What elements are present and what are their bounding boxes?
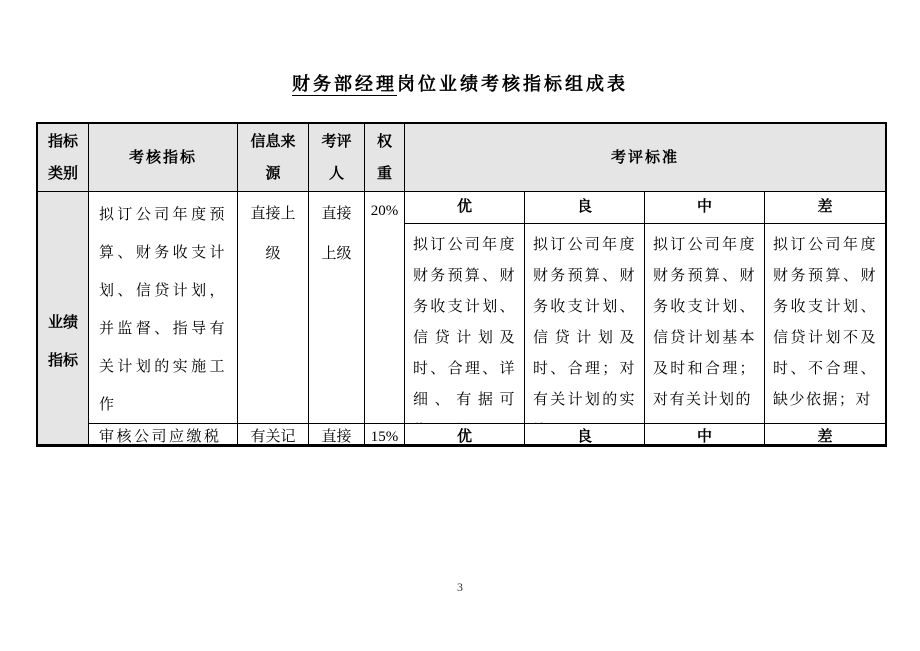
row1-standard-excellent-cell: 拟订公司年度财务预算、财务收支计划、信贷计划及时、合理、详细、有据可依、可 <box>405 224 525 424</box>
row1-assessor-cell: 直接上级 <box>309 192 365 424</box>
page-title: 财务部经理岗位业绩考核指标组成表 <box>0 70 920 96</box>
row2-grade-poor-label: 差 <box>765 424 885 444</box>
row1-grade-medium-label: 中 <box>645 192 765 224</box>
row2-grade-good-label: 良 <box>525 424 645 444</box>
row1-standard-medium-cell: 拟订公司年度财务预算、财务收支计划、信贷计划基本及时和合理；对有关计划的 <box>645 224 765 424</box>
row2-assessor-cell: 直接 <box>309 424 365 444</box>
row2-indicator-cell: 审核公司应缴税 <box>89 424 238 444</box>
row2-weight-cell: 15% <box>365 424 405 444</box>
header-assessor-cell: 考评人 <box>309 124 365 192</box>
row1-source-cell: 直接上级 <box>238 192 309 424</box>
row1-grade-excellent-label: 优 <box>405 192 525 224</box>
header-category-cell: 指标类别 <box>38 124 89 192</box>
row1-grade-poor-label: 差 <box>765 192 885 224</box>
row1-weight-cell: 20% <box>365 192 405 424</box>
title-rest-part: 岗位业绩考核指标组成表 <box>397 74 628 94</box>
row2-source-cell: 有关记 <box>238 424 309 444</box>
row2-grade-excellent-label: 优 <box>405 424 525 444</box>
title-underlined-part: 财务部经理 <box>292 74 397 96</box>
header-source-cell: 信息来源 <box>238 124 309 192</box>
header-standard-cell: 考评标准 <box>405 124 885 192</box>
header-indicator-cell: 考核指标 <box>89 124 238 192</box>
row1-grade-good-label: 良 <box>525 192 645 224</box>
header-weight-cell: 权重 <box>365 124 405 192</box>
assessment-table: 指标类别 考核指标 信息来源 考评人 权重 考评标准 业绩指标 拟订公司年度预算… <box>36 122 887 447</box>
row2-grade-medium-label: 中 <box>645 424 765 444</box>
category-performance-cell: 业绩指标 <box>38 192 89 444</box>
row1-standard-poor-cell: 拟订公司年度财务预算、财务收支计划、信贷计划不及时、不合理、缺少依据；对 <box>765 224 885 424</box>
row1-indicator-cell: 拟订公司年度预算、财务收支计划、信贷计划，并监督、指导有关计划的实施工作 <box>89 192 238 424</box>
row1-standard-good-cell: 拟订公司年度财务预算、财务收支计划、信贷计划及时、合理；对有关计划的实施工 <box>525 224 645 424</box>
page-number: 3 <box>0 580 920 595</box>
